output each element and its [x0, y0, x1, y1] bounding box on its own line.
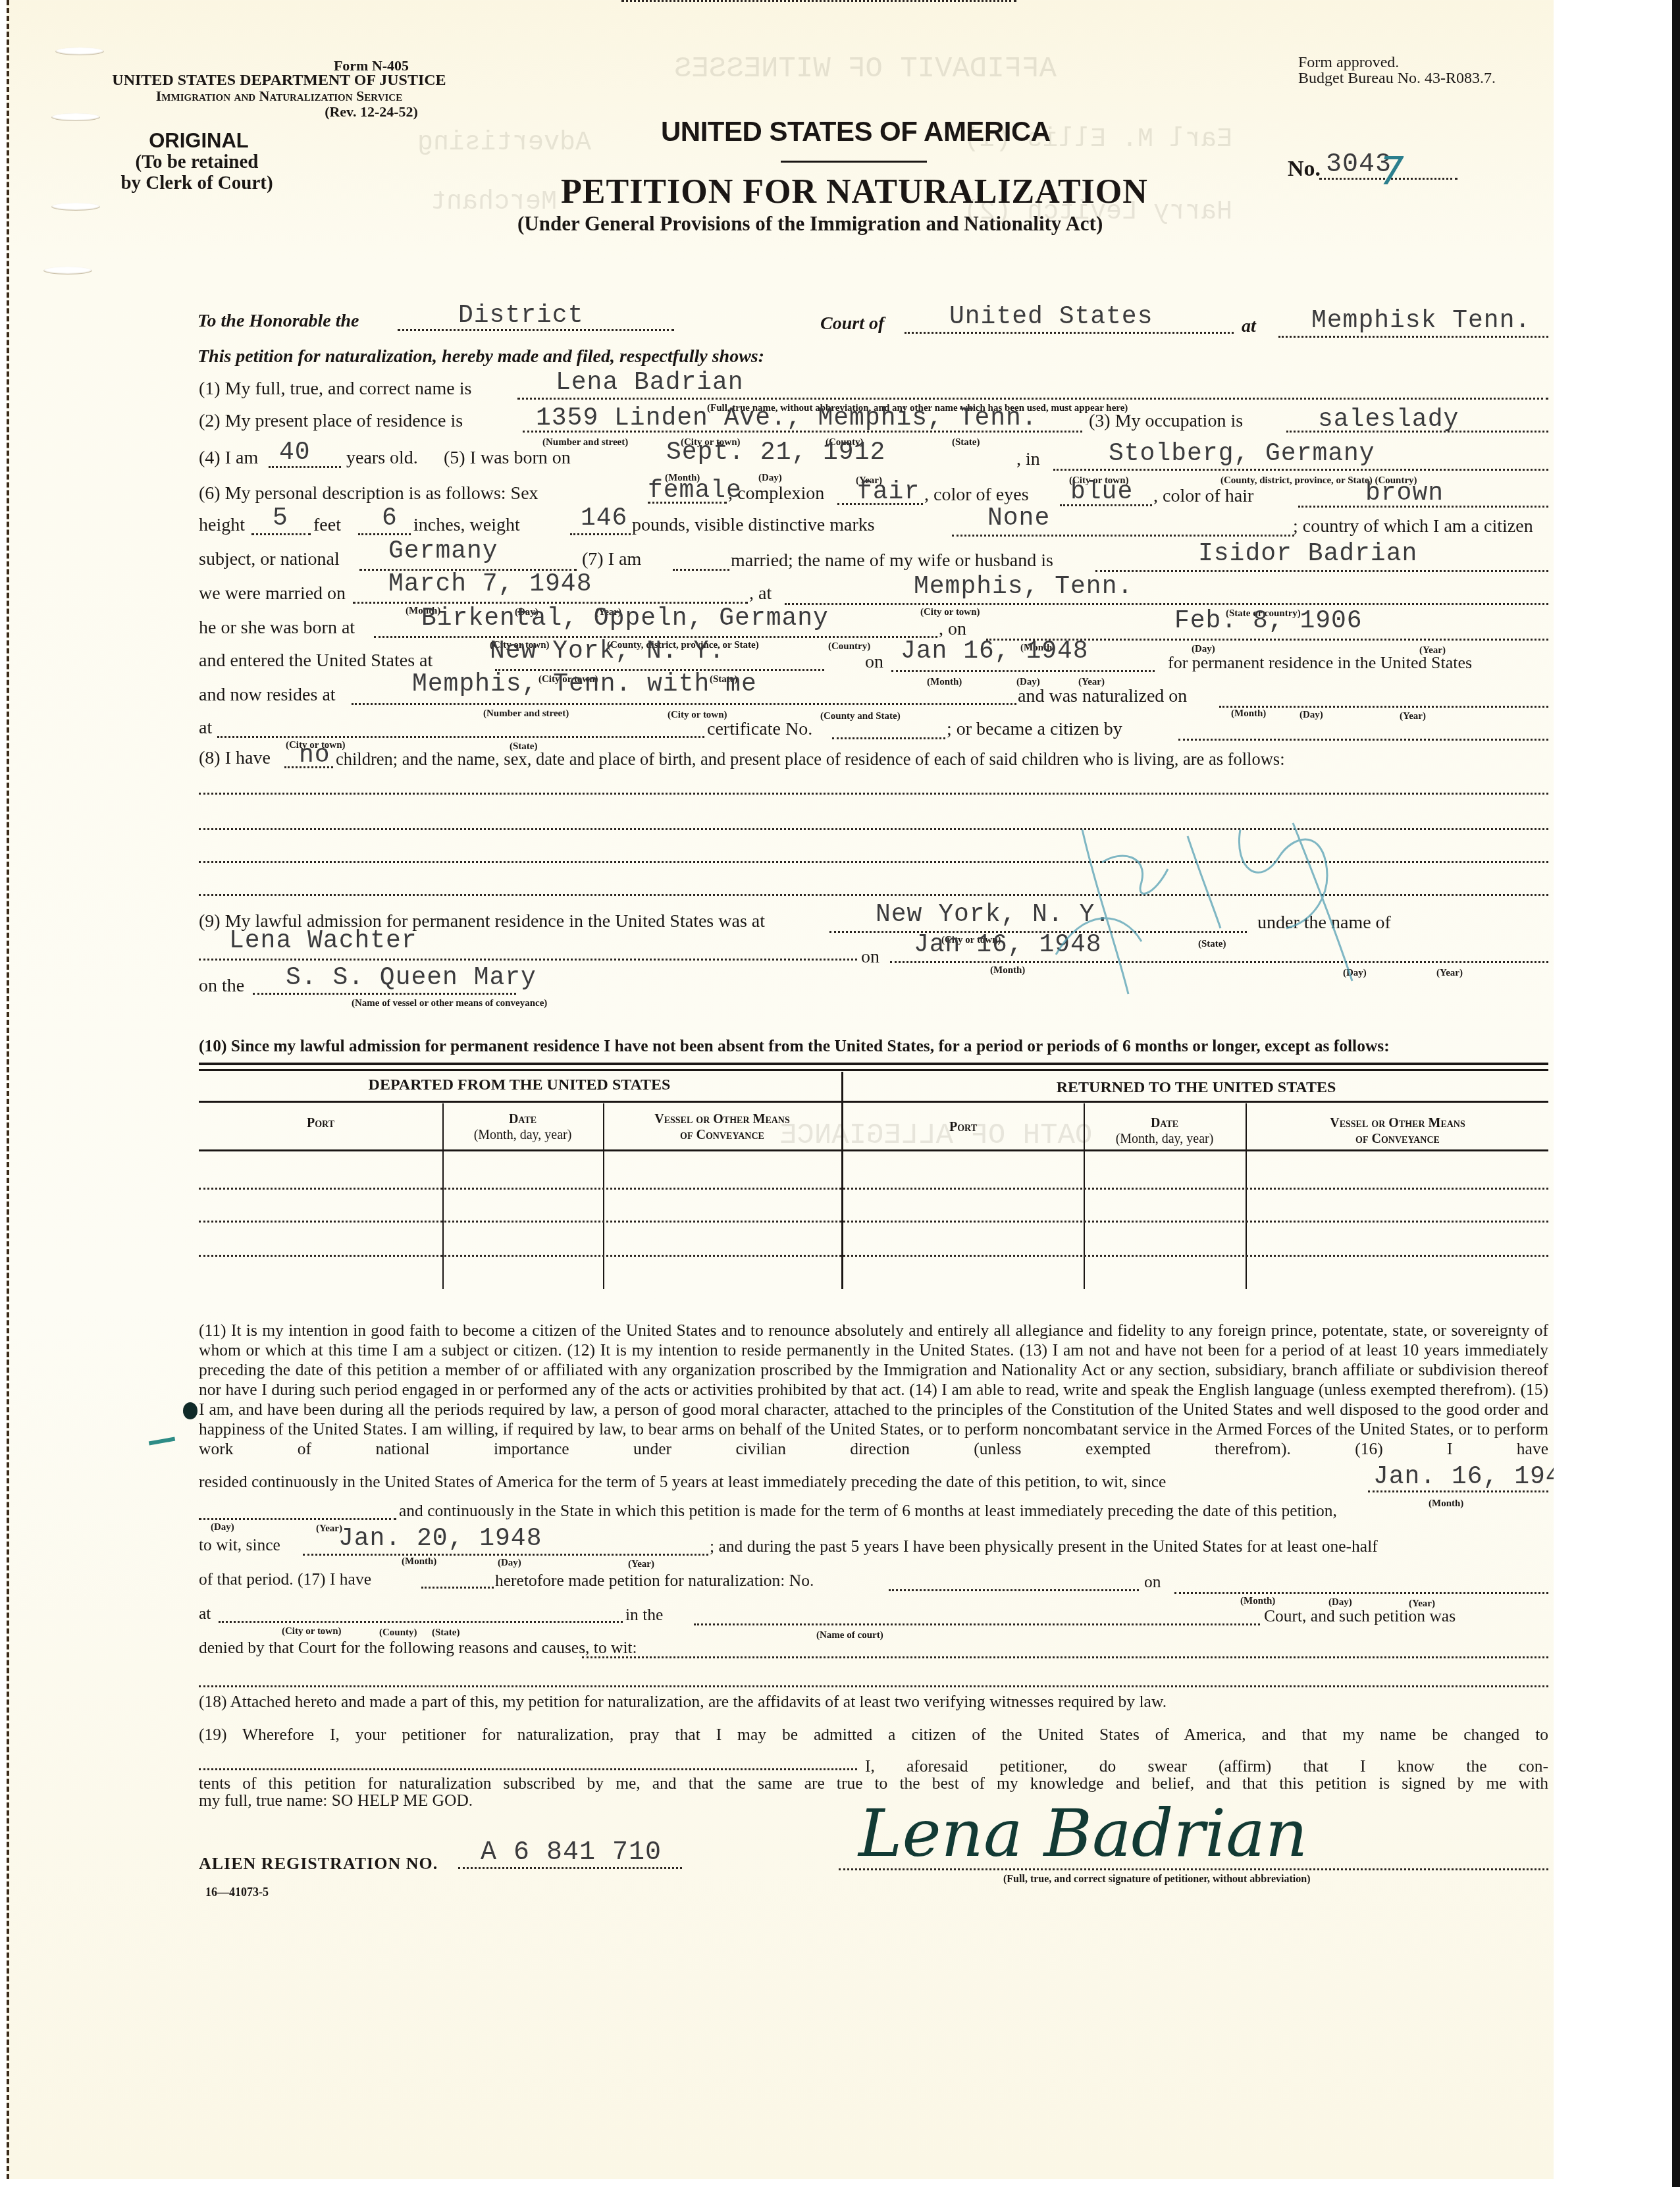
admission-on-label: on	[861, 947, 879, 968]
vessel-caption: (Name of vessel or other means of convey…	[352, 998, 547, 1009]
q17-caption-court: (Name of court)	[816, 1630, 883, 1641]
married-label: married; the name of my wife or husband …	[731, 550, 1053, 571]
marriage-place-field[interactable]: Memphis, Tenn.	[914, 573, 1133, 601]
to-wit-caption-year: (Year)	[628, 1559, 654, 1570]
ghost-witness1-occupation: Advertising	[417, 128, 591, 158]
approval-line1: Form approved.	[1298, 54, 1399, 72]
height-label: height	[199, 515, 245, 536]
scan-edge	[1672, 0, 1680, 2187]
citizen-label: ; country of which I am a citizen	[1293, 516, 1533, 537]
q17-caption-month: (Month)	[1240, 1596, 1275, 1607]
petition-intro: This petition for naturalization, hereby…	[197, 346, 764, 367]
at2-label: at	[199, 718, 212, 739]
spouse-residence-field[interactable]: Memphis, Tenn. with me	[412, 670, 757, 698]
pounds-label: pounds, visible distinctive marks	[632, 515, 875, 536]
table-row[interactable]	[199, 1221, 1548, 1223]
petition-subtitle: (Under General Provisions of the Immigra…	[517, 212, 1103, 236]
q2-label: (2) My present place of residence is	[199, 411, 463, 432]
state-residence-since-field[interactable]: Jan. 20, 1948	[338, 1525, 542, 1553]
hair-field[interactable]: brown	[1365, 479, 1444, 508]
age-field[interactable]: 40	[279, 438, 311, 467]
q8-label: (8) I have	[199, 748, 271, 769]
to-honorable-label: To the Honorable the	[197, 311, 359, 332]
eyes-label: , color of eyes	[924, 485, 1029, 506]
col-date-departed: Date(Month, day, year)	[444, 1111, 602, 1143]
naturalized-label: and was naturalized on	[1018, 686, 1187, 707]
birth-caption-day: (Day)	[758, 473, 782, 484]
resides-caption-street: (Number and street)	[483, 708, 569, 720]
state-caption-day: (Day)	[211, 1522, 234, 1533]
resides-label: and now resides at	[199, 685, 336, 706]
spouse-name-field[interactable]: Isidor Badrian	[1198, 540, 1417, 568]
full-name-field[interactable]: Lena Badrian	[556, 369, 744, 397]
court-name[interactable]: United States	[949, 303, 1153, 331]
table-row[interactable]	[199, 1255, 1548, 1257]
resides-caption-day: (Day)	[1299, 710, 1323, 721]
signature-caption: (Full, true, and correct signature of pe…	[1003, 1874, 1311, 1885]
col-vessel-departed: Vessel or Other Meansof Conveyance	[604, 1111, 840, 1143]
spouse-entry-place-field[interactable]: New York, N. Y.	[490, 637, 725, 666]
ink-blot	[183, 1402, 197, 1419]
col-vessel-returned: Vessel or Other Meansof Conveyance	[1247, 1115, 1548, 1147]
entry-caption-month: (Month)	[927, 677, 962, 688]
heretofore-label: heretofore made petition for naturalizat…	[495, 1571, 814, 1591]
q7-label: (7) I am	[582, 549, 641, 570]
table-row[interactable]	[199, 1188, 1548, 1190]
court-at-label: at	[1242, 316, 1256, 337]
spouse-caption-country: (Country)	[828, 641, 870, 652]
q6-label: (6) My personal description is as follow…	[199, 483, 538, 504]
married-on-label: we were married on	[199, 583, 346, 604]
became-citizen-label: ; or became a citizen by	[947, 719, 1122, 740]
residence-caption-street: (Number and street)	[542, 437, 628, 448]
marks-field[interactable]: None	[987, 504, 1050, 533]
nationality-field[interactable]: Germany	[388, 537, 498, 566]
subject-label: subject, or national	[199, 549, 340, 570]
scan-background	[1554, 0, 1680, 2187]
entered-label: and entered the United States at	[199, 650, 433, 672]
q1-label: (1) My full, true, and correct name is	[199, 379, 471, 400]
petitioner-signature[interactable]: Lena Badrian	[858, 1795, 1307, 1872]
complexion-field[interactable]: fair	[857, 478, 920, 506]
us-residence-since-field[interactable]: Jan. 16, 1948	[1373, 1463, 1577, 1491]
revision-date: (Rev. 12-24-52)	[273, 103, 470, 121]
vessel-field[interactable]: S. S. Queen Mary	[286, 964, 537, 992]
years-old-label: years old.	[346, 448, 418, 469]
marriage-at-label: , at	[749, 583, 772, 604]
ghost-affidavit-title: AFFIDAVIT OF WITNESSES	[674, 53, 1057, 86]
us-residence-caption-month: (Month)	[1429, 1498, 1463, 1510]
complexion-label: , complexion	[728, 483, 824, 504]
hole-punch	[55, 47, 104, 55]
hole-punch	[51, 113, 100, 121]
spouse-born-label: he or she was born at	[199, 618, 355, 639]
q17-caption-city: (City or town)	[282, 1626, 342, 1637]
petition-number-correction: 7	[1380, 149, 1404, 194]
retained-line1: (To be retained	[82, 151, 312, 173]
swear-end: my full, true name: SO HELP ME GOD.	[199, 1791, 473, 1810]
children-line[interactable]	[199, 793, 1548, 795]
statement-18: (18) Attached hereto and made a part of …	[199, 1692, 1167, 1712]
marriage-caption-city: (City or town)	[920, 607, 980, 618]
petition-title: PETITION FOR NATURALIZATION	[561, 172, 1148, 211]
spouse-entry-date-field[interactable]: Jan 16, 1948	[901, 637, 1089, 666]
state-residence-label: and continuously in the State in which t…	[399, 1501, 1337, 1521]
children-text: children; and the name, sex, date and pl…	[336, 749, 1285, 770]
inches-label: inches, weight	[413, 515, 520, 536]
court-of-label: Court of	[820, 313, 884, 334]
col-port-departed: Port	[200, 1115, 441, 1131]
entered-on-label: on	[865, 652, 883, 673]
hair-label: , color of hair	[1153, 486, 1253, 507]
certificate-label: certificate No.	[707, 719, 812, 740]
departed-header: DEPARTED FROM THE UNITED STATES	[200, 1077, 839, 1093]
ink-mark	[149, 1437, 175, 1446]
q17-at-label: at	[199, 1604, 211, 1623]
admission-caption-year: (Year)	[1436, 968, 1463, 979]
to-wit-caption-month: (Month)	[402, 1556, 436, 1568]
feet-label: feet	[313, 515, 341, 536]
to-wit-caption-day: (Day)	[498, 1558, 521, 1569]
q3-label: (3) My occupation is	[1089, 411, 1243, 432]
spouse-birthplace-field[interactable]: Birkental, Oppeln, Germany	[421, 604, 829, 633]
title-divider	[781, 161, 927, 163]
admission-caption-month: (Month)	[990, 965, 1025, 976]
permanent-label: for permanent residence in the United St…	[1168, 653, 1472, 673]
q10-label: (10) Since my lawful admission for perma…	[199, 1036, 1390, 1056]
birth-date-field[interactable]: Sept. 21, 1912	[666, 438, 885, 467]
original-label: ORIGINAL	[100, 129, 298, 153]
q17-caption-state: (State)	[432, 1627, 459, 1639]
weight-field[interactable]: 146	[581, 504, 627, 533]
q17-in-the-label: in the	[625, 1605, 663, 1625]
q4-label: (4) I am	[199, 448, 258, 469]
statements-11-16: (11) It is my intention in good faith to…	[199, 1321, 1548, 1459]
hole-punch	[43, 267, 92, 275]
col-port-returned: Port	[844, 1119, 1082, 1135]
alien-registration-field[interactable]: A 6 841 710	[481, 1838, 662, 1868]
court-type[interactable]: District	[458, 302, 583, 330]
marriage-date-field[interactable]: March 7, 1948	[388, 570, 592, 598]
residence-field[interactable]: 1359 Linden Ave., Memphis, Tenn.	[536, 404, 1037, 433]
hole-punch	[51, 203, 100, 211]
q17-court-label: Court, and such petition was	[1264, 1606, 1456, 1626]
alien-registration-label: ALIEN REGISTRATION NO.	[199, 1854, 438, 1874]
birth-in-label: , in	[1016, 449, 1040, 470]
col-date-returned: Date(Month, day, year)	[1085, 1115, 1244, 1147]
resides-caption-county: (County and State)	[820, 711, 901, 722]
resided-label: resided continuously in the United State…	[199, 1472, 1166, 1492]
birth-place-field[interactable]: Stolberg, Germany	[1109, 440, 1375, 468]
admission-name-field[interactable]: Lena Wachter	[229, 927, 417, 955]
q17-on-label: on	[1144, 1572, 1161, 1592]
physically-present-label: ; and during the past 5 years I have bee…	[710, 1537, 1378, 1556]
q17-caption-county: (County)	[379, 1627, 417, 1639]
to-wit-label: to wit, since	[199, 1535, 280, 1555]
vessel-label: on the	[199, 976, 244, 997]
returned-header: RETURNED TO THE UNITED STATES	[844, 1080, 1548, 1095]
court-location[interactable]: Memphisk Tenn.	[1311, 307, 1531, 335]
q5-label: (5) I was born on	[444, 448, 571, 469]
denied-label: denied by that Court for the following r…	[199, 1638, 637, 1658]
print-code: 16—41073-5	[205, 1885, 269, 1899]
height-inches-field[interactable]: 6	[382, 504, 398, 533]
petition-number-label: No.	[1288, 157, 1321, 182]
petition-document: AFFIDAVIT OF WITNESSES Earl M. Ellis (1)…	[7, 0, 1556, 2179]
country-title: UNITED STATES OF AMERICA	[661, 116, 1051, 147]
approval-line2: Budget Bureau No. 43-R083.7.	[1298, 70, 1496, 88]
eyes-field[interactable]: blue	[1070, 478, 1133, 506]
resides-caption-month: (Month)	[1231, 708, 1266, 720]
court-stamp-scribble	[1043, 810, 1385, 1007]
residence-caption-state: (State)	[952, 437, 980, 448]
q17-label: of that period. (17) I have	[199, 1569, 371, 1589]
statement-19: (19) Wherefore I, your petitioner for na…	[199, 1725, 1548, 1745]
retained-line2: by Clerk of Court)	[82, 172, 312, 194]
occupation-field[interactable]: saleslady	[1318, 406, 1459, 434]
resides-caption-year: (Year)	[1400, 711, 1426, 722]
spouse-birth-date-field[interactable]: Feb. 8, 1906	[1174, 607, 1363, 635]
children-count-field[interactable]: no	[299, 741, 330, 770]
height-feet-field[interactable]: 5	[273, 504, 288, 533]
